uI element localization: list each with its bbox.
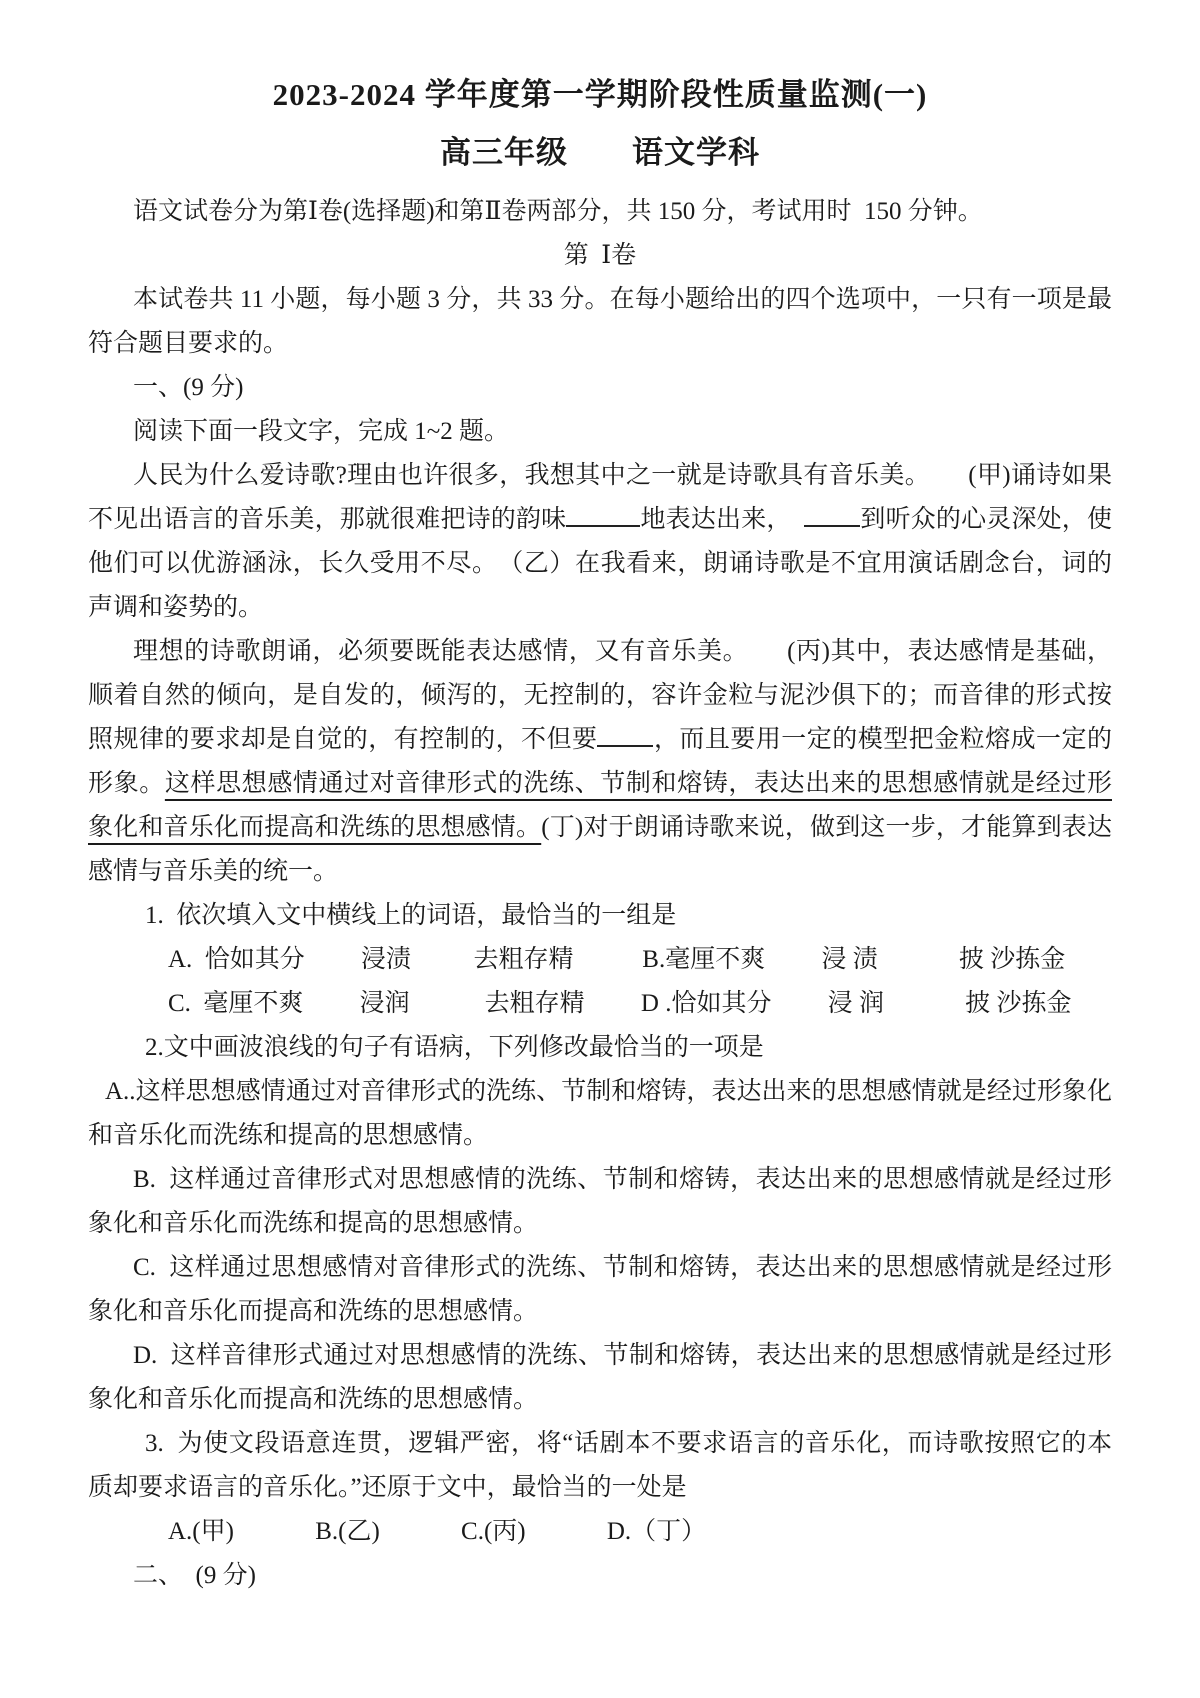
question-2-option-c: C. 这样通过思想感情对音律形式的洗练、节制和熔铸，表达出来的思想感情就是经过形… [88, 1246, 1112, 1334]
fill-in-blank-3 [597, 739, 653, 747]
exam-intro: 语文试卷分为第Ⅰ卷(选择题)和第Ⅱ卷两部分，共 150 分，考试用时 150 分… [88, 190, 1112, 234]
exam-paper-page: 2023-2024 学年度第一学期阶段性质量监测(一) 高三年级 语文学科 语文… [0, 0, 1200, 1698]
exam-title-line-1: 2023-2024 学年度第一学期阶段性质量监测(一) [88, 66, 1112, 124]
question-3-stem: 3. 为使文段语意连贯，逻辑严密，将“话剧本不要求语言的音乐化，而诗歌按照它的本… [88, 1422, 1112, 1510]
question-2-stem: 2.文中画波浪线的句子有语病，下列修改最恰当的一项是 [88, 1026, 1112, 1070]
part-2-label: 二、 (9 分) [88, 1554, 1112, 1598]
question-2-option-b: B. 这样通过音律形式对思想感情的洗练、节制和熔铸，表达出来的思想感情就是经过形… [88, 1158, 1112, 1246]
section-1-heading: 第 Ⅰ卷 [88, 234, 1112, 278]
question-1-options-row-cd: C. 毫厘不爽 浸润 去粗存精 D .恰如其分 浸 润 披 沙拣金 [88, 982, 1112, 1026]
question-2-option-d: D. 这样音律形式通过对思想感情的洗练、节制和熔铸，表达出来的思想感情就是经过形… [88, 1334, 1112, 1422]
exam-title-line-2: 高三年级 语文学科 [88, 124, 1112, 182]
passage-paragraph-1: 人民为什么爱诗歌?理由也许很多，我想其中之一就是诗歌具有音乐美。 (甲)诵诗如果… [88, 454, 1112, 630]
passage-paragraph-2: 理想的诗歌朗诵，必须要既能表达感情，又有音乐美。 (丙)其中，表达感情是基础，顺… [88, 630, 1112, 894]
question-2-option-a: A..这样思想感情通过对音律形式的洗练、节制和熔铸，表达出来的思想感情就是经过形… [88, 1070, 1112, 1158]
reading-instruction: 阅读下面一段文字，完成 1~2 题。 [88, 410, 1112, 454]
passage-1-text-2: 地表达出来， [640, 506, 804, 533]
fill-in-blank-2 [804, 519, 860, 527]
question-1-stem: 1. 依次填入文中横线上的词语，最恰当的一组是 [88, 894, 1112, 938]
exam-note: 本试卷共 11 小题，每小题 3 分，共 33 分。在每小题给出的四个选项中，一… [88, 278, 1112, 366]
part-1-label: 一、(9 分) [88, 366, 1112, 410]
fill-in-blank-1 [566, 519, 640, 527]
question-3-options-row: A.(甲) B.(乙) C.(丙) D.（丁） [88, 1510, 1112, 1554]
question-1-options-row-ab: A. 恰如其分 浸渍 去粗存精 B.毫厘不爽 浸 渍 披 沙拣金 [88, 938, 1112, 982]
